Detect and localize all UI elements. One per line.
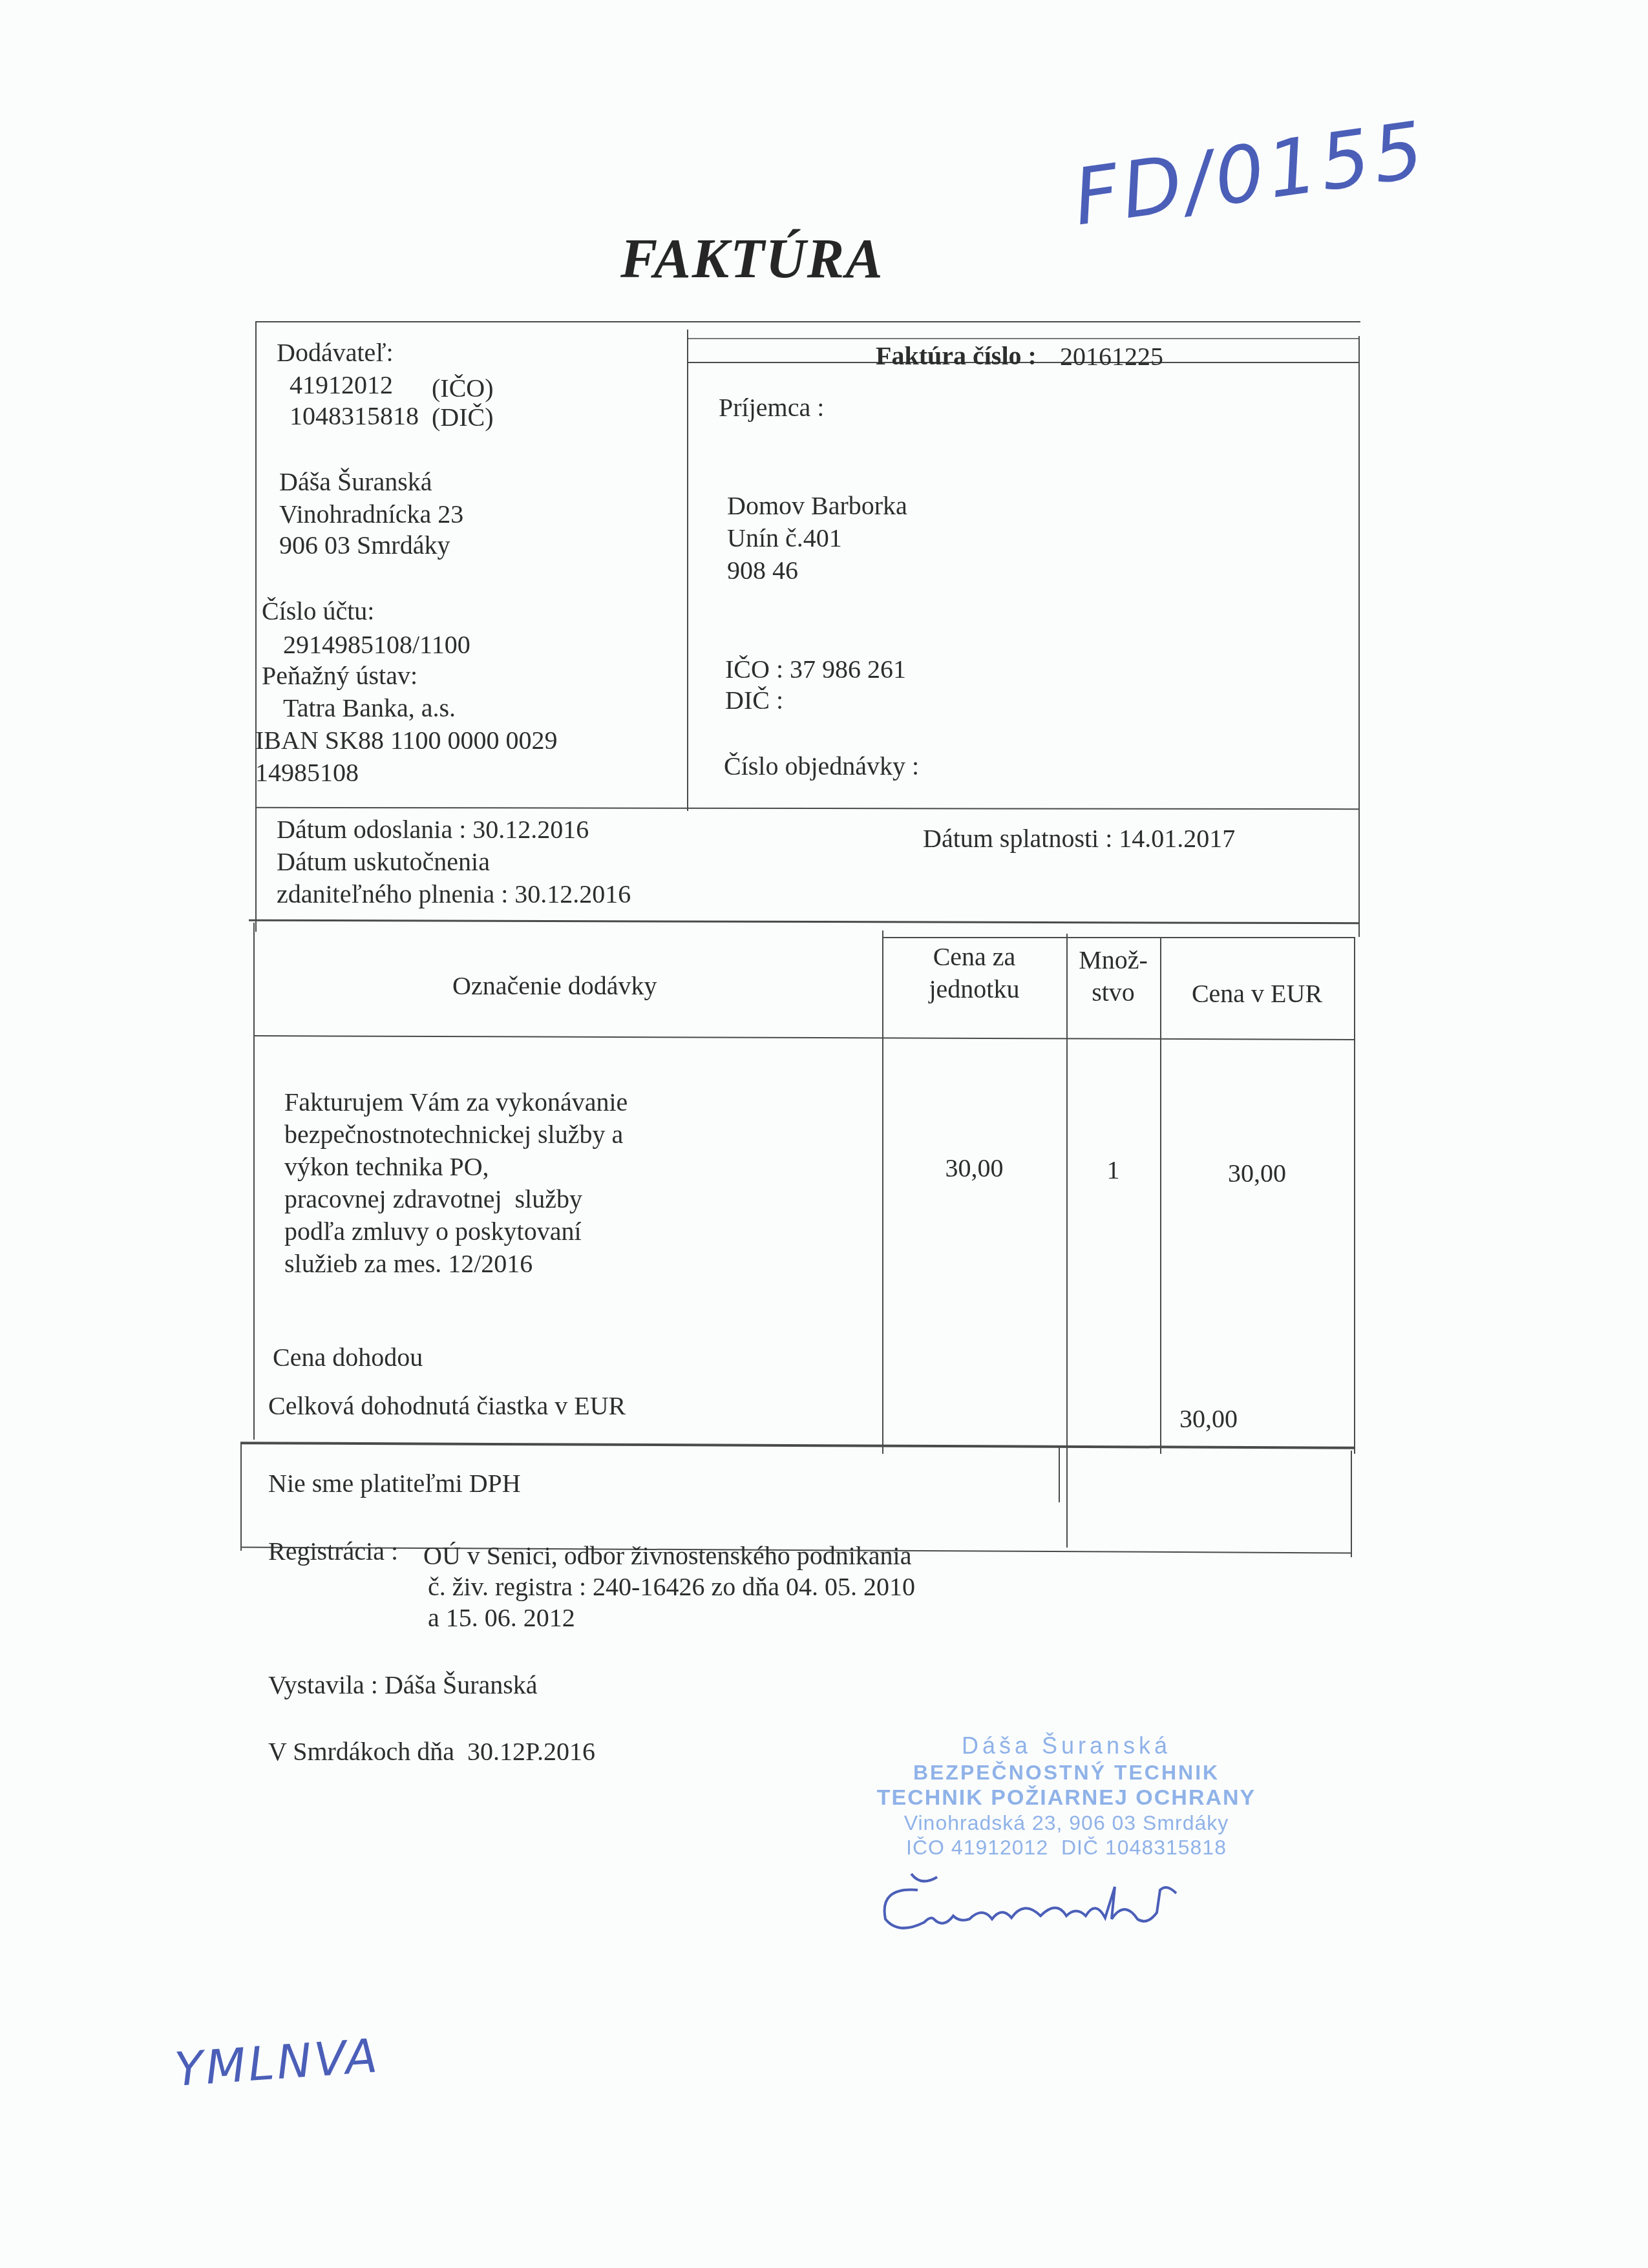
stamp-name: Dáša Šuranská: [872, 1732, 1260, 1760]
invoice-number-label: Faktúra číslo :: [876, 339, 1037, 373]
account-label: Číslo účtu:: [262, 594, 374, 628]
table-border: [249, 919, 1359, 924]
item-quantity: 1: [1066, 1153, 1160, 1187]
item-description-line: podľa zmluvy o poskytovaní: [284, 1215, 582, 1248]
place-date: V Smrdákoch dňa 30.12P.2016: [268, 1735, 595, 1769]
table-border: [1160, 937, 1161, 1454]
table-border: [882, 937, 1355, 938]
header-quantity-line2: stvo: [1066, 976, 1160, 1009]
iban-line2: 14985108: [255, 756, 359, 790]
handwritten-reference: FD/0155: [1068, 105, 1432, 243]
table-border: [253, 923, 255, 1440]
issued-by: Vystavila : Dáša Šuranská: [268, 1668, 538, 1702]
table-border: [882, 930, 883, 1454]
date-due: Dátum splatnosti : 14.01.2017: [923, 822, 1235, 856]
document-title: FAKTÚRA: [620, 226, 884, 291]
recipient-dic: DIČ :: [725, 684, 783, 717]
company-stamp: Dáša Šuranská BEZPEČNOSTNÝ TECHNIK TECHN…: [872, 1732, 1260, 1860]
order-number-label: Číslo objednávky :: [724, 750, 919, 783]
table-border: [240, 1442, 1355, 1449]
stamp-title2: TECHNIK POŽIARNEJ OCHRANY: [872, 1785, 1260, 1811]
table-border: [1351, 1451, 1352, 1557]
table-border: [255, 321, 1360, 322]
stamp-title1: BEZPEČNOSTNÝ TECHNIK: [872, 1760, 1260, 1785]
stamp-ids: IČO 41912012 DIČ 1048315818: [872, 1835, 1260, 1860]
header-quantity-line1: Množ-: [1066, 943, 1160, 977]
item-description-line: výkon technika PO,: [284, 1150, 489, 1184]
table-border: [255, 321, 257, 932]
table-border: [1354, 937, 1355, 1454]
item-description-line: bezpečnostnotechnickej služby a: [284, 1118, 623, 1151]
table-border: [687, 330, 688, 811]
account-value: 2914985108/1100: [283, 628, 470, 662]
item-description-line: pracovnej zdravotnej služby: [284, 1182, 582, 1216]
registration-line2: č. živ. registra : 240-16426 zo dňa 04. …: [428, 1570, 915, 1604]
item-description-line: služieb za mes. 12/2016: [284, 1247, 533, 1281]
header-unit-price-line2: jednotku: [882, 972, 1066, 1006]
supplier-city: 906 03 Smrdáky: [279, 529, 450, 562]
bank-value: Tatra Banka, a.s.: [283, 691, 456, 725]
table-border: [1066, 934, 1068, 1548]
item-description-line: Fakturujem Vám za vykonávanie: [284, 1086, 628, 1119]
header-total: Cena v EUR: [1160, 977, 1354, 1011]
signature: [872, 1861, 1209, 1945]
vat-note: Nie sme platiteľmi DPH: [268, 1467, 521, 1500]
header-unit-price-line1: Cena za: [882, 940, 1066, 974]
supplier-dic-value: 1048315818: [290, 399, 419, 433]
registration-line3: a 15. 06. 2012: [428, 1601, 575, 1635]
recipient-label: Príjemca :: [719, 391, 824, 425]
price-note: Cena dohodou: [273, 1341, 423, 1374]
bank-label: Peňažný ústav:: [262, 659, 417, 693]
date-sent: Dátum odoslania : 30.12.2016: [277, 813, 589, 846]
recipient-street: Unín č.401: [727, 521, 842, 555]
iban-line1: IBAN SK88 1100 0000 0029: [255, 724, 557, 757]
registration-line1: OÚ v Senici, odbor živnostenského podnik…: [423, 1539, 911, 1573]
date-taxable-line2: zdaniteľného plnenia : 30.12.2016: [277, 877, 631, 911]
table-border: [240, 1444, 242, 1551]
table-border: [1059, 1447, 1060, 1502]
date-taxable-line1: Dátum uskutočnenia: [277, 845, 490, 879]
item-total: 30,00: [1160, 1157, 1354, 1190]
recipient-zip: 908 46: [727, 554, 798, 587]
grand-total-label: Celková dohodnutá čiastka v EUR: [268, 1389, 626, 1423]
header-description: Označenie dodávky: [452, 969, 657, 1003]
recipient-name: Domov Barborka: [727, 489, 907, 523]
supplier-label: Dodávateľ:: [277, 336, 394, 370]
supplier-name: Dáša Šuranská: [279, 465, 432, 499]
invoice-number-value: 20161225: [1060, 340, 1163, 373]
registration-label: Registrácia :: [268, 1535, 398, 1568]
recipient-ico: IČO : 37 986 261: [725, 653, 906, 686]
handwritten-note: YMLNVA: [173, 2028, 381, 2097]
grand-total-value: 30,00: [1066, 1402, 1351, 1436]
supplier-street: Vinohradnícka 23: [279, 498, 463, 531]
item-unit-price: 30,00: [882, 1151, 1066, 1185]
table-border: [1358, 336, 1360, 937]
table-border: [255, 807, 1359, 810]
supplier-dic-label: (DIČ): [432, 401, 494, 434]
stamp-address: Vinohradská 23, 906 03 Smrdáky: [872, 1811, 1260, 1835]
supplier-ico-value: 41912012: [290, 368, 393, 402]
table-border: [253, 1035, 1355, 1040]
